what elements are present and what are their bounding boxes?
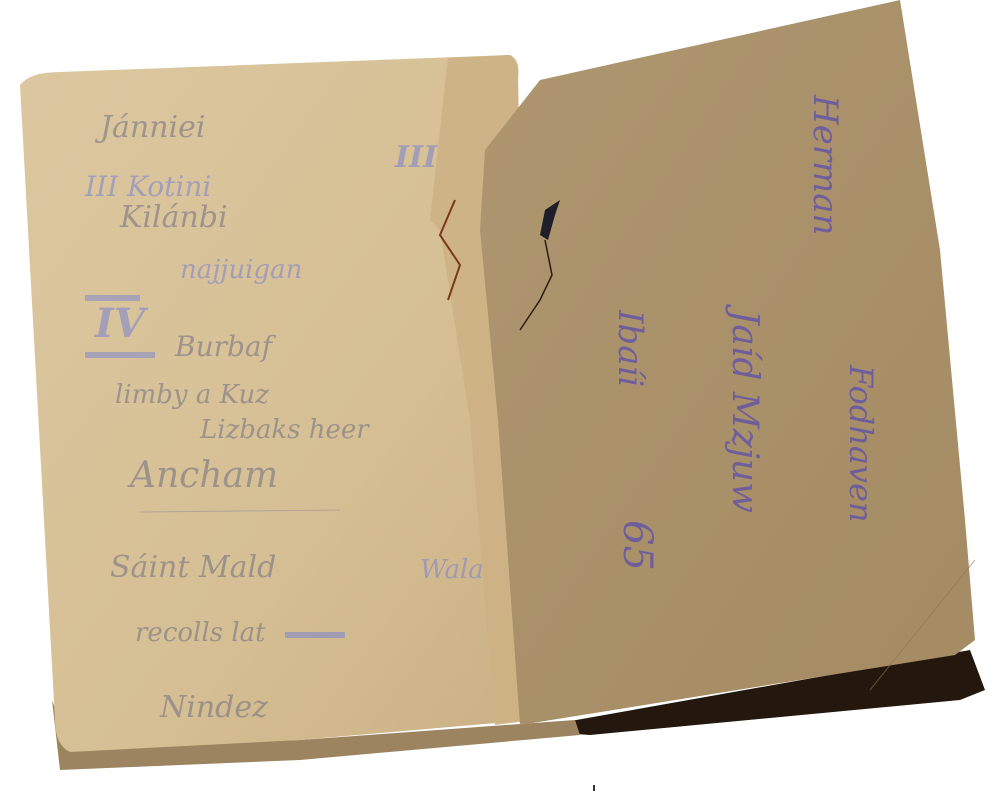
left-line-10: Sáint Mald [110, 550, 276, 585]
notebook-photo: Jánniei III III Kotini Kilánbi najjuigan… [0, 0, 1000, 809]
left-line-3: Kilánbi [120, 200, 228, 235]
left-line-11: Wala [420, 555, 484, 585]
speck [593, 785, 595, 791]
left-line-4: najjuigan [180, 255, 302, 285]
roman-numeral-iv: IV [95, 300, 145, 347]
left-line-7: limby a Kuz [115, 380, 269, 410]
left-line-12: recolls lat [135, 618, 266, 648]
right-line-5: 65 [614, 520, 660, 571]
left-line-1: Jánniei [100, 110, 206, 145]
right-line-3: Jaíd Mzjuw [724, 310, 765, 513]
left-line-13: Nindez [160, 690, 268, 725]
left-line-6: Burbaf [175, 330, 272, 363]
right-line-1: Herman [805, 95, 845, 235]
roman-numeral-iii: III [395, 140, 437, 175]
right-line-2: Fodhaven [842, 365, 880, 523]
left-line-9: Ancham [130, 455, 278, 496]
right-line-4: Ibaíi [610, 310, 650, 387]
left-line-2: III Kotini [85, 170, 211, 203]
left-line-8: Lizbaks heer [200, 415, 369, 445]
